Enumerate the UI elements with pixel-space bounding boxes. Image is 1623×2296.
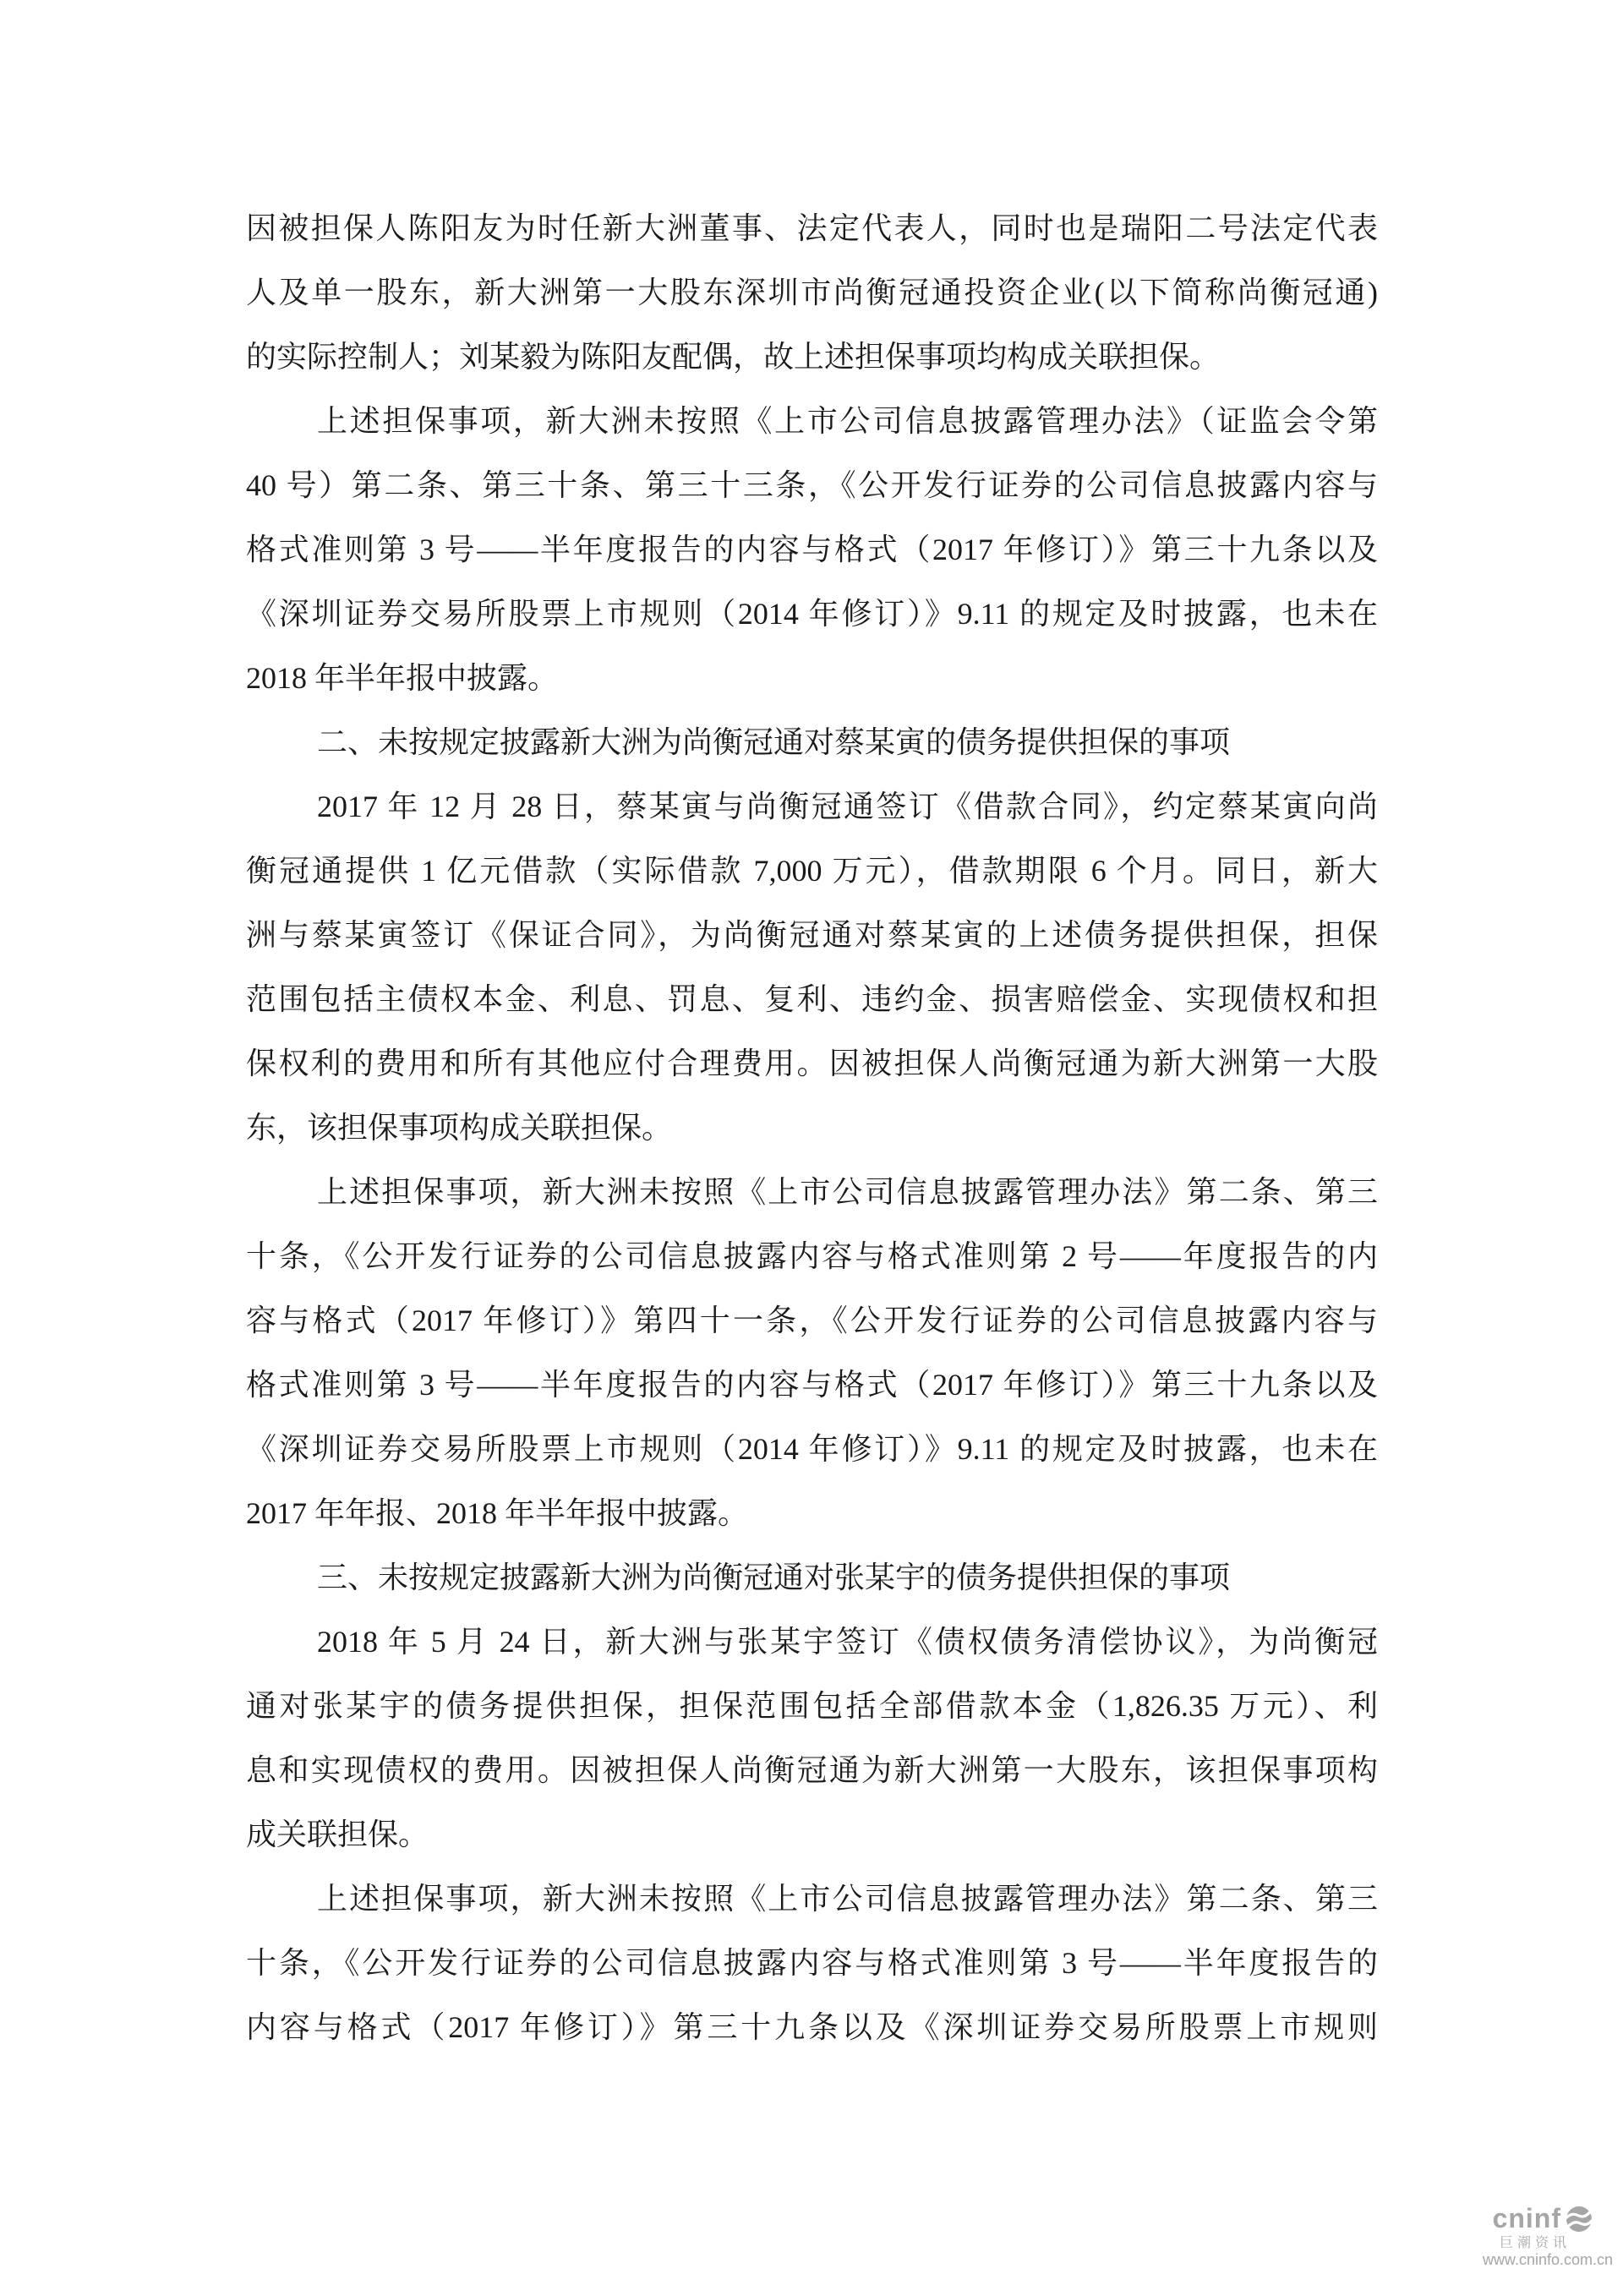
document-page: 因被担保人陈阳友为时任新大洲董事、法定代表人，同时也是瑞阳二号法定代表人及单一股… — [0, 0, 1623, 2296]
text-line: 保权利的费用和所有其他应付合理费用。因被担保人尚衡冠通为新大洲第一大股 — [246, 1031, 1378, 1096]
text-line: 2017 年年报、2018 年半年报中披露。 — [246, 1481, 1378, 1545]
section-heading: 三、未按规定披露新大洲为尚衡冠通对张某宇的债务提供担保的事项 — [246, 1545, 1378, 1610]
text-line: 格式准则第 3 号——半年度报告的内容与格式（2017 年修订）》第三十九条以及 — [246, 517, 1378, 582]
section-heading: 二、未按规定披露新大洲为尚衡冠通对蔡某寅的债务提供担保的事项 — [246, 710, 1378, 774]
document-text: 因被担保人陈阳友为时任新大洲董事、法定代表人，同时也是瑞阳二号法定代表人及单一股… — [246, 196, 1378, 2059]
text-line: 上述担保事项，新大洲未按照《上市公司信息披露管理办法》第二条、第三 — [246, 1160, 1378, 1224]
cninfo-chinese-name: 巨潮资讯 — [1483, 2236, 1571, 2251]
text-line: 2018 年 5 月 24 日，新大洲与张某宇签订《债权债务清偿协议》，为尚衡冠 — [246, 1610, 1378, 1674]
text-line: 的实际控制人；刘某毅为陈阳友配偶，故上述担保事项均构成关联担保。 — [246, 325, 1378, 389]
text-line: 东，该担保事项构成关联担保。 — [246, 1096, 1378, 1160]
text-line: 通对张某宇的债务提供担保，担保范围包括全部借款本金（1,826.35 万元）、利 — [246, 1674, 1378, 1738]
text-line: 《深圳证券交易所股票上市规则（2014 年修订）》9.11 的规定及时披露，也未… — [246, 1417, 1378, 1481]
cninfo-logo-row: cninf — [1483, 2204, 1593, 2233]
text-line: 上述担保事项，新大洲未按照《上市公司信息披露管理办法》第二条、第三 — [246, 1867, 1378, 1931]
text-line: 因被担保人陈阳友为时任新大洲董事、法定代表人，同时也是瑞阳二号法定代表 — [246, 196, 1378, 260]
text-line: 十条，《公开发行证券的公司信息披露内容与格式准则第 3 号——半年度报告的 — [246, 1931, 1378, 1995]
globe-swoosh-icon — [1566, 2206, 1593, 2233]
text-line: 息和实现债权的费用。因被担保人尚衡冠通为新大洲第一大股东，该担保事项构 — [246, 1738, 1378, 1802]
text-line: 容与格式（2017 年修订）》第四十一条，《公开发行证券的公司信息披露内容与 — [246, 1288, 1378, 1353]
text-line: 范围包括主债权本金、利息、罚息、复利、违约金、损害赔偿金、实现债权和担 — [246, 967, 1378, 1031]
text-line: 人及单一股东，新大洲第一大股东深圳市尚衡冠通投资企业(以下简称尚衡冠通) — [246, 260, 1378, 325]
text-line: 内容与格式（2017 年修订）》第三十九条以及《深圳证券交易所股票上市规则 — [246, 1995, 1378, 2059]
text-line: 洲与蔡某寅签订《保证合同》，为尚衡冠通对蔡某寅的上述债务提供担保，担保 — [246, 903, 1378, 967]
text-line: 格式准则第 3 号——半年度报告的内容与格式（2017 年修订）》第三十九条以及 — [246, 1353, 1378, 1417]
cninfo-watermark: cninf 巨潮资讯 www.cninfo.com.cn — [1483, 2204, 1613, 2269]
text-line: 《深圳证券交易所股票上市规则（2014 年修订）》9.11 的规定及时披露，也未… — [246, 582, 1378, 646]
text-line: 衡冠通提供 1 亿元借款（实际借款 7,000 万元），借款期限 6 个月。同日… — [246, 839, 1378, 903]
text-line: 2017 年 12 月 28 日，蔡某寅与尚衡冠通签订《借款合同》，约定蔡某寅向… — [246, 774, 1378, 839]
cninfo-logo-text: cninf — [1493, 2204, 1561, 2233]
text-line: 成关联担保。 — [246, 1802, 1378, 1867]
text-line: 2018 年半年报中披露。 — [246, 646, 1378, 710]
text-line: 40 号）第二条、第三十条、第三十三条，《公开发行证券的公司信息披露内容与 — [246, 453, 1378, 517]
text-line: 十条，《公开发行证券的公司信息披露内容与格式准则第 2 号——年度报告的内 — [246, 1224, 1378, 1288]
text-line: 上述担保事项，新大洲未按照《上市公司信息披露管理办法》（证监会令第 — [246, 389, 1378, 453]
cninfo-url: www.cninfo.com.cn — [1483, 2252, 1613, 2269]
